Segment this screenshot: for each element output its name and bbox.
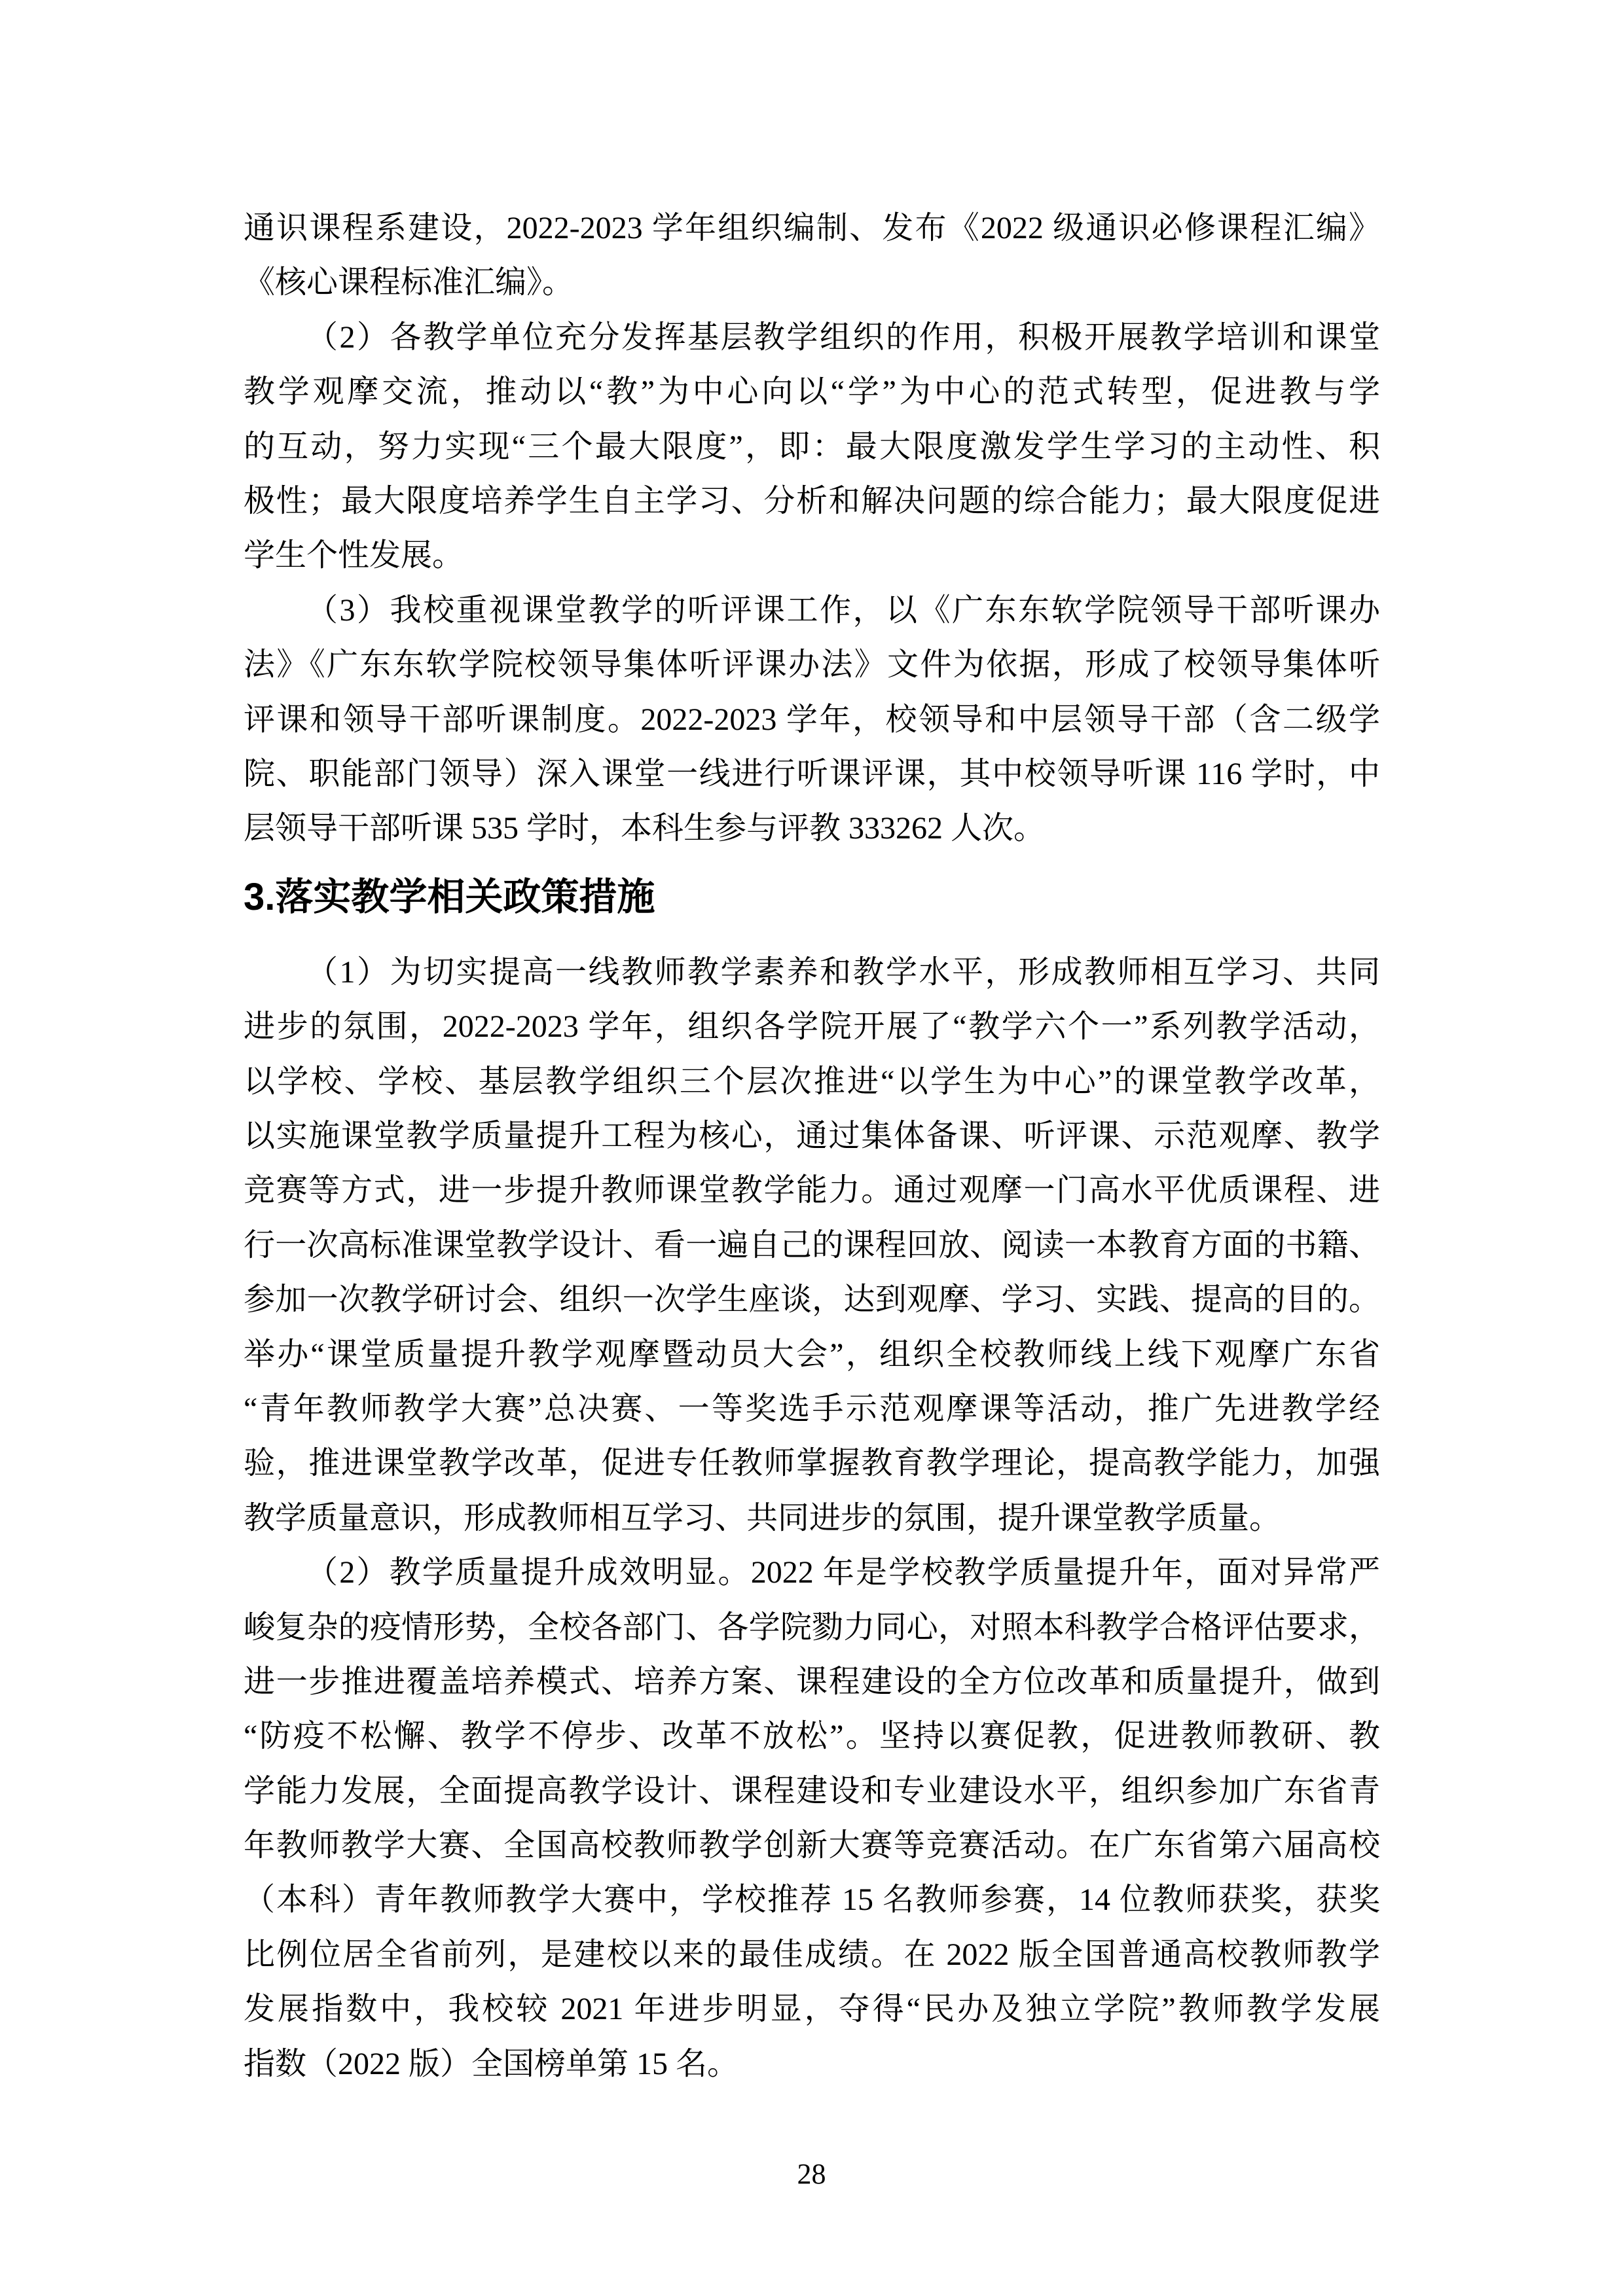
text-line: 以学校、学校、基层教学组织三个层次推进“以学生为中心”的课堂教学改革， [244,1062,1380,1102]
text-line: 法》《广东东软学院校领导集体听评课办法》文件为依据，形成了校领导集体听 [244,645,1380,685]
text-line: （本科）青年教师教学大赛中，学校推荐 15 名教师参赛，14 位教师获奖，获奖 [244,1880,1380,1920]
text-line: 评课和领导干部听课制度。2022-2023 学年，校领导和中层领导干部（含二级学 [244,700,1380,740]
document-page: 通识课程系建设，2022-2023 学年组织编制、发布《2022 级通识必修课程… [0,0,1623,2296]
text-line: 以实施课堂教学质量提升工程为核心，通过集体备课、听评课、示范观摩、教学 [244,1117,1380,1156]
text-line: 层领导干部听课 535 学时，本科生参与评教 333262 人次。 [244,809,1380,848]
text-line: （3）我校重视课堂教学的听评课工作，以《广东东软学院领导干部听课办 [244,591,1380,630]
text-line: 教学观摩交流，推动以“教”为中心向以“学”为中心的范式转型，促进教与学 [244,372,1380,412]
text-line: 极性；最大限度培养学生自主学习、分析和解决问题的综合能力；最大限度促进 [244,482,1380,521]
text-line: 参加一次教学研讨会、组织一次学生座谈，达到观摩、学习、实践、提高的目的。 [244,1280,1380,1319]
page-number: 28 [0,2157,1623,2192]
text-line: 年教师教学大赛、全国高校教师教学创新大赛等竞赛活动。在广东省第六届高校 [244,1826,1380,1865]
text-line: 进步的氛围，2022-2023 学年，组织各学院开展了“教学六个一”系列教学活动… [244,1007,1380,1047]
text-line: 院、职能部门领导）深入课堂一线进行听课评课，其中校领导听课 116 学时，中 [244,755,1380,794]
section-heading: 3.落实教学相关政策措施 [244,874,1380,920]
text-line: 竞赛等方式，进一步提升教师课堂教学能力。通过观摩一门高水平优质课程、进 [244,1171,1380,1210]
text-line: 峻复杂的疫情形势，全校各部门、各学院勠力同心，对照本科教学合格评估要求， [244,1608,1380,1647]
text-line: 行一次高标准课堂教学设计、看一遍自己的课程回放、阅读一本教育方面的书籍、 [244,1226,1380,1265]
text-line: 发展指数中，我校较 2021 年进步明显，夺得“民办及独立学院”教师教学发展 [244,1990,1380,2029]
text-line: 指数（2022 版）全国榜单第 15 名。 [244,2045,1380,2084]
text-line: （2）各教学单位充分发挥基层教学组织的作用，积极开展教学培训和课堂 [244,318,1380,357]
text-line: （2）教学质量提升成效明显。2022 年是学校教学质量提升年，面对异常严 [244,1553,1380,1592]
text-line: （1）为切实提高一线教师教学素养和教学水平，形成教师相互学习、共同 [244,953,1380,992]
text-line: 通识课程系建设，2022-2023 学年组织编制、发布《2022 级通识必修课程… [244,209,1380,248]
text-line: 举办“课堂质量提升教学观摩暨动员大会”，组织全校教师线上线下观摩广东省 [244,1335,1380,1374]
text-line: 学生个性发展。 [244,536,1380,575]
text-line: “青年教师教学大赛”总决赛、一等奖选手示范观摩课等活动，推广先进教学经 [244,1390,1380,1429]
text-line: “防疫不松懈、教学不停步、改革不放松”。坚持以赛促教，促进教师教研、教 [244,1717,1380,1756]
text-line: 比例位居全省前列，是建校以来的最佳成绩。在 2022 版全国普通高校教师教学 [244,1935,1380,1975]
text-line: 教学质量意识，形成教师相互学习、共同进步的氛围，提升课堂教学质量。 [244,1499,1380,1538]
text-line: 学能力发展，全面提高教学设计、课程建设和专业建设水平，组织参加广东省青 [244,1772,1380,1811]
text-line: 《核心课程标准汇编》。 [244,263,1380,302]
text-line: 的互动，努力实现“三个最大限度”，即：最大限度激发学生学习的主动性、积 [244,427,1380,467]
text-line: 进一步推进覆盖培养模式、培养方案、课程建设的全方位改革和质量提升，做到 [244,1662,1380,1702]
text-line: 验，推进课堂教学改革，促进专任教师掌握教育教学理论，提高教学能力，加强 [244,1444,1380,1483]
